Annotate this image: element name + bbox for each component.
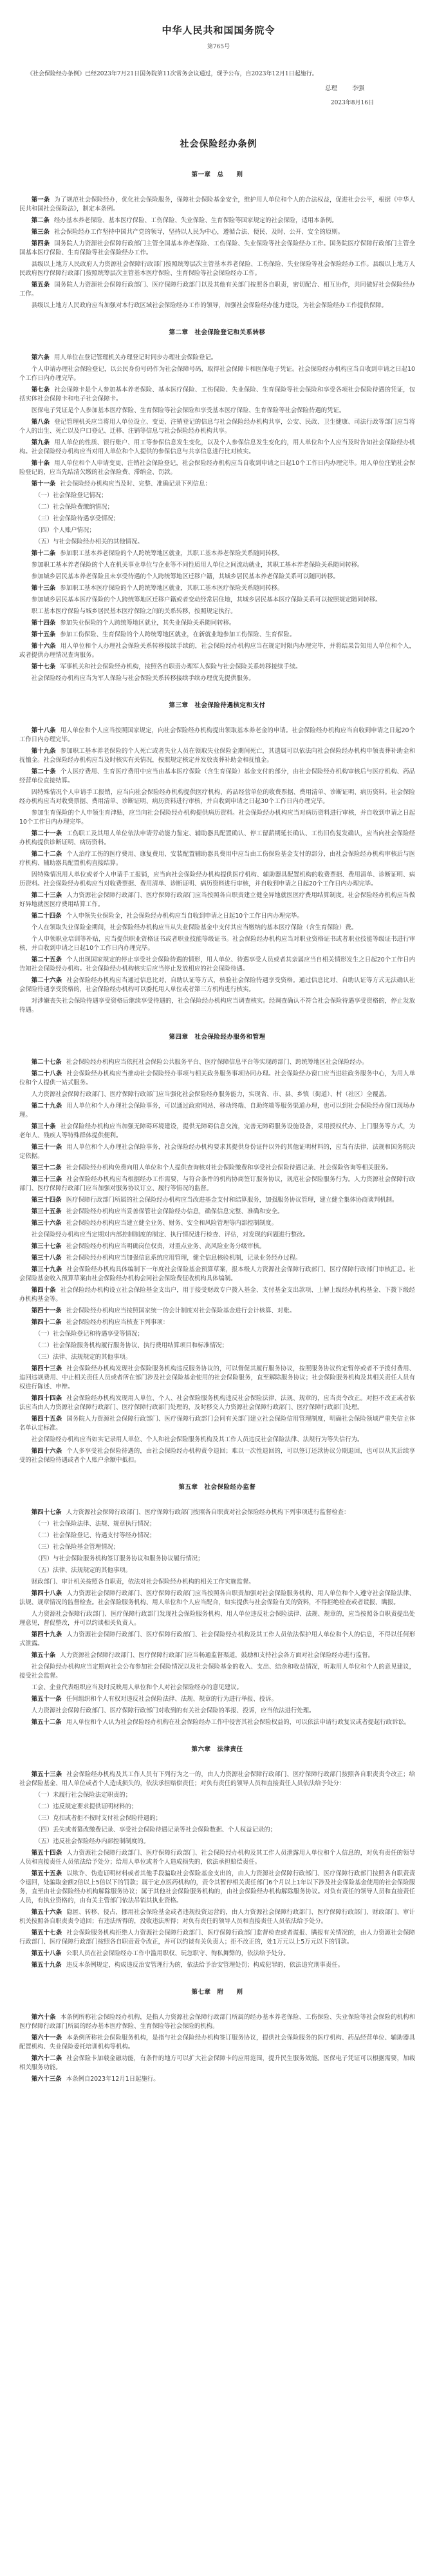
signer-role: 总理 (325, 85, 337, 92)
article-paragraph: 第四条国务院人力资源社会保障行政部门主管全国基本养老保险、工伤保险、失业保险等社… (19, 240, 415, 258)
signing-date: 2023年8月16日 (0, 98, 437, 106)
chapter-name: 附 则 (218, 1989, 243, 1996)
regulation-title: 社会保险经办条例 (0, 137, 437, 150)
article-label: 第二十六条 (32, 977, 62, 984)
article-text: 人力资源社会保障行政部门、医疗保障行政部门发现社会保险服务机构、用人单位违反社会… (19, 1611, 415, 1627)
article-text: 个人申领职业培训等补贴，应当提供职业资格证书或者职业技能等级证书。社会保险经办机… (19, 936, 415, 952)
article-label: 第二十五条 (32, 956, 62, 963)
chapter-number: 第四章 (169, 1034, 188, 1041)
chapter: 第二章社会保险登记和关系转移第六条用人单位在登记管理机关办理登记时同步办理社会保… (19, 327, 415, 683)
article-label: 第三十二条 (32, 1164, 62, 1171)
article-text: 参加生育保险的个人申领生育津贴，应当向社会保险经办机构提供病历资料。社会保险经办… (19, 810, 415, 826)
article-text: 社会保险经办机构应当为军人保险与社会保险关系转移接续手续办理优先提供服务。 (32, 675, 255, 682)
article-label: 第五十三条 (32, 1771, 62, 1778)
article-text: 社会保险经办机构具体编制下一年度社会保险基金预算草案，报本级人力资源社会保障行政… (19, 1266, 415, 1282)
paragraph: 县级以上地方人民政府应当加强对本行政区域社会保险经办工作的领导，加强社会保险经办… (19, 301, 415, 310)
article-paragraph: 第二十条个人医疗费用、生育医疗费用中应当由基本医疗保险（含生育保险）基金支付的部… (19, 768, 415, 786)
article-text: 人力资源社会保障行政部门、医疗保障行政部门应当按照各自职责加强对社会保险服务机构… (19, 1590, 415, 1606)
article-label: 第三十九条 (32, 1266, 62, 1273)
article-text: 社会保险经办机构应当及时、完整、准确记录下列信息： (60, 480, 210, 488)
article-paragraph: 第九条用人单位的性质、银行账户、用工等参保信息发生变化，以及个人参保信息发生变化… (19, 439, 415, 457)
article-text: 社会保险经办机构应当加强信息系统应用管理，健全信息核验机制，记录业务经办过程。 (66, 1255, 302, 1262)
article-label: 第二十八条 (32, 1070, 62, 1077)
article-text: 用人单位和个人应当按照国家规定，向社会保险经办机构提出领取基本养老金的申请。社会… (19, 727, 415, 743)
chapter-heading: 第六章法律责任 (19, 1744, 415, 1753)
article-text: 登记管理机关应当将用人单位设立、变更、注销登记的信息与社会保险经办机构共享，公安… (19, 419, 415, 435)
article-text: 本条例所称社会保险服务机构，是指与社会保险经办机构签订服务协议，提供社会保险服务… (19, 2034, 415, 2050)
paragraph: 职工基本医疗保险与城乡居民基本医疗保险之间的关系转移，按照规定执行。 (19, 607, 415, 616)
paragraph: 个人申请办理社会保险登记，以公民身份号码作为社会保障号码，取得社会保障卡和医保电… (19, 365, 415, 383)
article-paragraph: 第三十条社会保险经办机构应当加强无障碍环境建设，提供无障碍信息交流，完善无障碍服… (19, 1122, 415, 1141)
article-paragraph: 第四十四条社会保险经办机构发现用人单位、个人、社会保险服务机构违反社会保险法律、… (19, 1394, 415, 1412)
article-label: 第三十条 (32, 1123, 56, 1130)
article-text: 个人申请办理社会保险登记，以公民身份号码作为社会保障号码，取得社会保障卡和医保电… (19, 366, 415, 382)
article-text: 人力资源社会保障行政部门、医疗保障行政部门应当强化社会保险经办服务能力，实现省、… (32, 1091, 391, 1098)
chapter-number: 第二章 (169, 329, 188, 336)
article-text: 参加城乡居民基本医疗保险的个人跨统筹地区迁移户籍或者变动经常居住地，其城乡居民基… (32, 596, 382, 603)
paragraph: 参加生育保险的个人申领生育津贴，应当向社会保险经办机构提供病历资料。社会保险经办… (19, 809, 415, 827)
paragraph: 工会、企业代表组织应当及时反映用人单位和个人对社会保险经办的意见建议。 (19, 1683, 415, 1692)
article-paragraph: 第三十二条社会保险经办机构免费向用人单位和个人提供查询核对社会保险缴费和享受社会… (19, 1164, 415, 1173)
article-label: 第十一条 (32, 480, 56, 488)
article-text: 人力资源社会保障行政部门、医疗保障行政部门、社会保险经办机构及其工作人员泄露用人… (19, 1850, 415, 1866)
article-label: 第三十八条 (32, 1255, 62, 1262)
article-label: 第三条 (32, 229, 50, 236)
article-label: 第四十三条 (32, 1365, 62, 1372)
article-paragraph: 第三十一条用人单位和个人办理社会保险事务，社会保险经办机构要求其提供身份证件以外… (19, 1143, 415, 1161)
article-text: 个人治疗工伤的医疗费用、康复费用、安装配置辅助器具费用中应当由工伤保险基金支付的… (19, 851, 415, 867)
article-label: 第一条 (32, 196, 50, 204)
article-label: 第五十六条 (32, 1909, 62, 1916)
article-text: 工会、企业代表组织应当及时反映用人单位和个人对社会保险经办的意见建议。 (32, 1684, 243, 1691)
article-paragraph: 第六十条本条例所称社会保险经办机构，是指人力资源社会保障行政部门所属的经办基本养… (19, 2013, 415, 2031)
article-text: 社会保险经办工作坚持中国共产党的领导，坚持以人民为中心，遵循合法、便民、及时、公… (54, 229, 344, 236)
decree-title: 中华人民共和国国务院令 (0, 0, 437, 37)
article-paragraph: 第二十五条个人出现国家规定的停止享受社会保险待遇的情形，用人单位、待遇享受人员或… (19, 956, 415, 974)
article-label: 第四十九条 (32, 1631, 62, 1638)
article-paragraph: 第二条经办基本养老保险、基本医疗保险、工伤保险、失业保险、生育保险等国家规定的社… (19, 216, 415, 225)
signer: 总理 李强 (0, 83, 437, 92)
chapter-name: 法律责任 (218, 1746, 243, 1753)
article-label: 第七条 (32, 386, 50, 393)
article-paragraph: 第十三条参加职工基本医疗保险的个人跨统筹地区就业，其职工基本医疗保险关系随同转移… (19, 584, 415, 593)
article-paragraph: 第二十六条社会保险经办机构应当通过信息比对、自助认证等方式，核验社会保险待遇享受… (19, 976, 415, 994)
paragraph: 财政部门、审计机关按照各自职责，依法对社会保险经办机构的相关工作实施监督。 (19, 1578, 415, 1587)
paragraph: 人力资源社会保障行政部门、医疗保障行政部门对收到的有关社会保险的举报、投诉，应当… (19, 1707, 415, 1716)
paragraph: 参加职工基本养老保险的个人在机关事业单位与企业等不同性质用人单位之间流动就业，其… (19, 561, 415, 570)
article-text: 社会保障卡是个人参加基本养老保险、基本医疗保险、工伤保险、失业保险、生育保险等社… (19, 386, 415, 402)
chapter-number: 第六章 (191, 1746, 210, 1753)
article-text: 社会保险经办机构及其工作人员有下列行为之一的，由人力资源社会保障行政部门、医疗保… (19, 1771, 415, 1787)
article-text: 人力资源社会保障行政部门、医疗保障行政部门按照各自职责对社会保险经办机构下列事项… (66, 1509, 350, 1516)
article-text: 职工基本医疗保险与城乡居民基本医疗保险之间的关系转移，按照规定执行。 (32, 608, 237, 615)
article-label: 第六十一条 (32, 2034, 62, 2041)
article-text: 用人单位和个人办理社会保险事务，可以通过政府网站、移动终端、自助终端等服务渠道办… (19, 1103, 415, 1119)
chapter-name: 社会保险经办服务和管理 (195, 1034, 266, 1041)
article-text: 社会保险经办机构应当加强无障碍环境建设，提供无障碍信息交流，完善无障碍服务设施设… (19, 1123, 415, 1139)
article-text: 用人单位和个人办理社会保险关系转移接续手续的，社会保险经办机构应当在规定时限内办… (19, 643, 415, 659)
article-text: 参加职工基本养老保险的个人在机关事业单位与企业等不同性质用人单位之间流动就业，其… (32, 562, 364, 569)
article-text: 违反本条例规定，构成违反治安管理行为的，依法给予治安管理处罚；构成犯罪的，依法追… (66, 1962, 344, 1969)
article-paragraph: 第五十四条人力资源社会保障行政部门、医疗保障行政部门、社会保险经办机构及其工作人… (19, 1849, 415, 1867)
article-text: 社会保险经办机构应当核查下列事项： (66, 1319, 169, 1326)
article-label: 第五十一条 (32, 1696, 62, 1703)
article-text: 个人出现国家规定的停止享受社会保险待遇的情形，用人单位、待遇享受人员或者其亲属应… (19, 956, 415, 972)
chapter-heading: 第五章社会保险经办监督 (19, 1482, 415, 1491)
article-paragraph: 第六十一条本条例所称社会保险服务机构，是指与社会保险经办机构签订服务协议，提供社… (19, 2034, 415, 2052)
article-text: 个人申领失业保险金，社会保险经办机构应当自收到申请之日起10个工作日内办理完毕。 (66, 913, 303, 920)
article-text: 公职人员在社会保险经办工作中滥用职权、玩忽职守、徇私舞弊的，依法给予处分。 (66, 1950, 290, 1957)
chapter: 第七章附 则第六十条本条例所称社会保险经办机构，是指人力资源社会保障行政部门所属… (19, 1987, 415, 2084)
list-item: （四）与社会保险服务机构签订服务协议和服务协议履行情况； (19, 1555, 415, 1564)
article-text: 社会保险经办机构应当通过信息比对、自助认证等方式，核验社会保险待遇享受资格。通过… (19, 977, 415, 993)
article-label: 第五十四条 (32, 1850, 62, 1857)
article-text: 参加职工基本医疗保险的个人跨统筹地区就业，其职工基本医疗保险关系随同转移。 (60, 585, 283, 592)
article-label: 第五十二条 (32, 1719, 62, 1726)
article-text: 用人单位和个人认为社会保险经办机构在社会保险经办工作中侵害其社会保险权益的，可以… (66, 1719, 410, 1726)
list-item: （五）违反社会保险经办内部控制制度的。 (19, 1837, 415, 1846)
article-paragraph: 第五十六条隐匿、转移、侵占、挪用社会保险基金或者违规投资运营的，由人力资源社会保… (19, 1908, 415, 1926)
article-label: 第五条 (32, 281, 50, 289)
list-item: （三）社会保险基金管理情况； (19, 1543, 415, 1552)
article-text: 财政部门、审计机关按照各自职责，依法对社会保险经办机构的相关工作实施监督。 (32, 1578, 255, 1586)
article-paragraph: 第十二条参加职工基本养老保险的个人跨统筹地区就业，其职工基本养老保险关系随同转移… (19, 549, 415, 558)
list-item: （四）丢失或者篡改缴费记录、享受社会保险待遇记录等社会保险数据、个人权益记录的； (19, 1826, 415, 1835)
list-item: （一）社会保险登记情况； (19, 491, 415, 500)
list-item: （四）个人账户情况； (19, 526, 415, 535)
article-paragraph: 第十六条用人单位和个人办理社会保险关系转移接续手续的，社会保险经办机构应当在规定… (19, 642, 415, 660)
list-item: （二）违反规定要求提供证明材料的； (19, 1803, 415, 1812)
chapter-heading: 第七章附 则 (19, 1987, 415, 1996)
decree-header: 中华人民共和国国务院令 第765号 (0, 0, 437, 50)
article-paragraph: 第六十三条本条例自2023年12月1日起施行。 (19, 2075, 415, 2084)
article-label: 第十八条 (32, 727, 56, 734)
article-paragraph: 第三条社会保险经办工作坚持中国共产党的领导，坚持以人民为中心，遵循合法、便民、及… (19, 228, 415, 237)
article-text: 县级以上地方人民政府应当加强对本行政区域社会保险经办工作的领导，加强社会保险经办… (32, 302, 387, 309)
article-label: 第四十六条 (32, 1448, 62, 1455)
article-paragraph: 第四十六条个人多享受社会保险待遇的，由社会保险经办机构责令退回；难以一次性退回的… (19, 1447, 415, 1465)
article-label: 第十五条 (32, 631, 56, 638)
article-label: 第十六条 (32, 643, 56, 650)
paragraph: 社会保险经办机构应当为军人保险与社会保险关系转移接续手续办理优先提供服务。 (19, 674, 415, 683)
article-text: 用人单位和个人办理社会保险事务，社会保险经办机构要求其提供身份证件以外的其他证明… (19, 1144, 415, 1160)
signer-name: 李强 (352, 85, 364, 92)
article-label: 第三十四条 (32, 1197, 62, 1204)
paragraph: 人力资源社会保障行政部门、医疗保障行政部门应当强化社会保险经办服务能力，实现省、… (19, 1090, 415, 1099)
article-text: 人力资源社会保障行政部门、医疗保障行政部门应当畅通监督渠道，鼓励和支持社会各方面… (60, 1652, 374, 1659)
article-paragraph: 第十五条参加工伤保险、生育保险的个人跨统筹地区就业，在新就业地参加工伤保险、生育… (19, 630, 415, 639)
list-item: （三）法律、法规规定的其他事项。 (19, 1353, 415, 1362)
article-text: 社会保险经办机构应当建立健全业务、财务、安全和风险管理等内部控制制度。 (66, 1220, 277, 1227)
article-text: 用人单位和个人申请变更、注销社会保险登记，社会保险经办机构应当自收到申请之日起1… (19, 460, 415, 476)
article-text: 社会保险经办机构发现社会保险服务机构违反服务协议的，可以督促其履行服务协议，按照… (19, 1365, 415, 1390)
article-text: 社会保险经办机构应当根据经办工作需要，与符合条件的机构协商签订服务协议，规范社会… (19, 1176, 415, 1192)
article-paragraph: 第八条登记管理机关应当将用人单位设立、变更、注销登记的信息与社会保险经办机构共享… (19, 418, 415, 436)
article-text: 隐匿、转移、侵占、挪用社会保险基金或者违规投资运营的，由人力资源社会保障行政部门… (19, 1909, 415, 1925)
article-paragraph: 第二十八条社会保险经办机构应当推动社会保险经办事项与相关政务服务事项协同办理。社… (19, 1070, 415, 1088)
article-text: 医保电子凭证是个人参加基本医疗保险、生育保险等社会保险和享受基本医疗保险、生育保… (32, 407, 346, 414)
paragraph: 人力资源社会保障行政部门、医疗保障行政部门发现社会保险服务机构、用人单位违反社会… (19, 1610, 415, 1628)
article-label: 第十三条 (32, 585, 56, 592)
article-label: 第十九条 (32, 748, 56, 755)
list-item: （三）社会保险待遇享受情况； (19, 515, 415, 524)
article-text: 因特殊情况个人申请手工报销，应当向社会保险经办机构提供医疗机构、药品经营单位的收… (19, 789, 415, 805)
article-paragraph: 第七条社会保障卡是个人参加基本养老保险、基本医疗保险、工伤保险、失业保险、生育保… (19, 386, 415, 404)
article-text: 经办基本养老保险、基本医疗保险、工伤保险、失业保险、生育保险等国家规定的社会保险… (54, 217, 338, 224)
list-item: （二）社会保险登记、待遇支付等经办情况； (19, 1531, 415, 1540)
article-text: 用人单位在登记管理机关办理登记时同步办理社会保险登记。 (54, 354, 217, 361)
article-text: 军事机关和社会保险经办机构，按照各自职责办理军人保险与社会保险关系转移接续手续。 (60, 663, 301, 670)
article-text: 人力资源社会保障行政部门、医疗保障行政部门应当按照各自职责建立健全异地就医医疗费… (19, 892, 415, 908)
article-paragraph: 第五十二条用人单位和个人认为社会保险经办机构在社会保险经办工作中侵害其社会保险权… (19, 1718, 415, 1727)
article-text: 社会保险经办机构发现用人单位、个人、社会保险服务机构违反社会保险法律、法规、规章… (19, 1395, 415, 1411)
chapter-heading: 第一章总 则 (19, 169, 415, 178)
article-label: 第十条 (32, 460, 50, 467)
decree-number: 第765号 (0, 42, 437, 50)
article-text: 社会保险经办机构设立社会保险基金支出户，用于接受财政专户拨入基金、支付基金支出款… (19, 1287, 415, 1303)
article-paragraph: 第三十四条医疗保障行政部门所属的社会保险经办机构应当改进基金支付和结算服务，加强… (19, 1196, 415, 1205)
article-paragraph: 第三十三条社会保险经办机构应当根据经办工作需要，与符合条件的机构协商签订服务协议… (19, 1175, 415, 1193)
chapter: 第六章法律责任第五十三条社会保险经办机构及其工作人员有下列行为之一的，由人力资源… (19, 1744, 415, 1970)
list-item: （二）社会保险费缴纳情况； (19, 503, 415, 512)
article-paragraph: 第三十六条社会保险经办机构应当建立健全业务、财务、安全和风险管理等内部控制制度。 (19, 1219, 415, 1228)
chapter-name: 社会保险待遇核定和支付 (195, 702, 266, 709)
list-item: （一）社会保险法律、法规、规章执行情况； (19, 1520, 415, 1529)
chapter-heading: 第二章社会保险登记和关系转移 (19, 327, 415, 336)
article-label: 第三十五条 (32, 1208, 62, 1215)
chapter-number: 第三章 (169, 702, 188, 709)
article-paragraph: 第二十九条用人单位和个人办理社会保险事务，可以通过政府网站、移动终端、自助终端等… (19, 1102, 415, 1120)
article-text: 个人医疗费用、生育医疗费用中应当由基本医疗保险（含生育保险）基金支付的部分，由社… (19, 768, 415, 784)
chapter-name: 总 则 (218, 171, 243, 178)
article-paragraph: 第三十九条社会保险经办机构具体编制下一年度社会保险基金预算草案，报本级人力资源社… (19, 1265, 415, 1283)
chapter: 第一章总 则第一条为了规范社会保险经办，优化社会保险服务，保障社会保险基金安全，… (19, 169, 415, 310)
article-text: 个人多享受社会保险待遇的，由社会保险经办机构责令退回；难以一次性退回的，可以签订… (19, 1448, 415, 1464)
article-text: 社会保险经办机构应当定期向社会公布参加社会保险情况以及社会保险基金的收入、支出、… (19, 1663, 415, 1680)
article-paragraph: 第十九条参加职工基本养老保险的个人死亡或者失业人员在领取失业保险金期间死亡，其遗… (19, 747, 415, 765)
chapter-name: 社会保险经办监督 (205, 1484, 256, 1491)
article-label: 第六条 (32, 354, 50, 361)
list-item: （一）未履行社会保险法定职责的； (19, 1791, 415, 1800)
article-label: 第二十一条 (32, 830, 62, 837)
paragraph: 社会保险经办机构应当定期向社会公布参加社会保险情况以及社会保险基金的收入、支出、… (19, 1663, 415, 1681)
article-label: 第三十一条 (32, 1144, 62, 1151)
article-text: 参加职工基本养老保险的个人跨统筹地区就业，其职工基本养老保险关系随同转移。 (60, 550, 283, 557)
article-label: 第三十七条 (32, 1243, 62, 1250)
article-text: 国务院人力资源社会保障行政部门、医疗保障行政部门以及其他有关部门按照各自职责，密… (19, 281, 415, 298)
article-label: 第二条 (32, 217, 50, 224)
article-text: 社会保险经办机构应当按照国家统一的会计制度对社会保险基金进行会计核算、对账。 (66, 1307, 295, 1314)
document-page: 中华人民共和国国务院令 第765号 《社会保险经办条例》已经2023年7月21日… (0, 0, 437, 2084)
article-label: 第二十九条 (32, 1103, 62, 1110)
article-text: 参加失业保险的个人跨统筹地区就业，其失业保险关系随同转移。 (60, 620, 235, 627)
article-label: 第三十六条 (32, 1220, 62, 1227)
article-paragraph: 第四十八条人力资源社会保障行政部门、医疗保障行政部门应当按照各自职责加强对社会保… (19, 1589, 415, 1607)
article-text: 县级以上地方人民政府人力资源社会保障行政部门按照统筹层次主管基本养老保险、工伤保… (19, 261, 415, 277)
list-item: （一）社会保险登记和待遇享受等情况； (19, 1330, 415, 1339)
article-paragraph: 第五条国务院人力资源社会保障行政部门、医疗保障行政部门以及其他有关部门按照各自职… (19, 281, 415, 299)
article-paragraph: 第五十三条社会保险经办机构及其工作人员有下列行为之一的，由人力资源社会保障行政部… (19, 1770, 415, 1788)
article-text: 工伤职工及其用人单位依法申请劳动能力鉴定、辅助器具配置确认、停工留薪期延长确认、… (19, 830, 415, 846)
paragraph: 社会保险经办机构应当如实记录用人单位、个人和社会保险服务机构及其工作人员违反社会… (19, 1435, 415, 1444)
article-paragraph: 第六条用人单位在登记管理机关办理登记时同步办理社会保险登记。 (19, 354, 415, 363)
article-label: 第二十七条 (32, 1059, 62, 1066)
article-paragraph: 第三十五条社会保险经办机构应当妥善保管社会保险经办信息，确保信息完整、准确和安全… (19, 1207, 415, 1217)
article-paragraph: 第三十八条社会保险经办机构应当加强信息系统应用管理，健全信息核验机制，记录业务经… (19, 1254, 415, 1263)
chapter-heading: 第三章社会保险待遇核定和支付 (19, 700, 415, 709)
article-paragraph: 第一条为了规范社会保险经办，优化社会保险服务，保障社会保险基金安全，维护用人单位… (19, 196, 415, 214)
article-text: 本条例所称社会保险经办机构，是指人力资源社会保障行政部门所属的经办基本养老保险、… (19, 2014, 415, 2030)
article-label: 第二十条 (32, 768, 56, 775)
article-text: 社会保险经办机构应当明确岗位权责，对重点业务、高风险业务分级审核。 (66, 1243, 265, 1250)
article-text: 本条例自2023年12月1日起施行。 (66, 2076, 160, 2083)
article-label: 第六十三条 (32, 2076, 62, 2083)
article-text: 国务院人力资源社会保障行政部门主管全国基本养老保险、工伤保险、失业保险等社会保险… (19, 240, 415, 256)
article-label: 第十二条 (32, 550, 56, 557)
regulation-body: 第一章总 则第一条为了规范社会保险经办，优化社会保险服务，保障社会保险基金安全，… (0, 169, 437, 2084)
promulgation-text: 《社会保险经办条例》已经2023年7月21日国务院第11次常务会议通过，现予公布… (27, 69, 437, 77)
article-label: 第五十五条 (32, 1870, 62, 1877)
article-paragraph: 第四十二条社会保险经办机构应当核查下列事项： (19, 1318, 415, 1327)
article-paragraph: 第十四条参加失业保险的个人跨统筹地区就业，其失业保险关系随同转移。 (19, 619, 415, 628)
chapter: 第四章社会保险经办服务和管理第二十七条社会保险经办机构应当依托社会保险公共服务平… (19, 1032, 415, 1465)
paragraph: 县级以上地方人民政府人力资源社会保障行政部门按照统筹层次主管基本养老保险、工伤保… (19, 260, 415, 278)
article-text: 参加工伤保险、生育保险的个人跨统筹地区就业，在新就业地参加工伤保险、生育保险。 (60, 631, 295, 638)
article-text: 对涉嫌丧失社会保险待遇享受资格后继续享受待遇的，社会保险经办机构应当调查核实。经… (19, 998, 415, 1014)
article-label: 第六十二条 (32, 2055, 62, 2062)
article-label: 第四十一条 (32, 1307, 62, 1314)
chapter-name: 社会保险登记和关系转移 (195, 329, 266, 336)
article-text: 社会保险经办机构应当定期对内部控制制度的制定、执行情况进行检查、评估，对发现的问… (32, 1231, 309, 1238)
paragraph: 参加城乡居民基本医疗保险的个人跨统筹地区迁移户籍或者变动经常居住地，其城乡居民基… (19, 596, 415, 605)
chapter-number: 第一章 (191, 171, 210, 178)
paragraph: 社会保险经办机构应当定期对内部控制制度的制定、执行情况进行检查、评估，对发现的问… (19, 1231, 415, 1240)
article-paragraph: 第十一条社会保险经办机构应当及时、完整、准确记录下列信息： (19, 480, 415, 489)
article-label: 第三十三条 (32, 1176, 62, 1183)
article-paragraph: 第二十一条工伤职工及其用人单位依法申请劳动能力鉴定、辅助器具配置确认、停工留薪期… (19, 829, 415, 848)
article-paragraph: 第五十条人力资源社会保障行政部门、医疗保障行政部门应当畅通监督渠道，鼓励和支持社… (19, 1651, 415, 1660)
article-text: 因特殊情况用人单位或者个人申请手工报销，应当向社会保险经办机构提供医疗机构、辅助… (19, 871, 415, 887)
article-text: 社会保险经办机构应当依托社会保险公共服务平台、医疗保障信息平台等实现跨部门、跨统… (66, 1059, 368, 1066)
article-text: 医疗保障行政部门所属的社会保险经办机构应当改进基金支付和结算服务，加强服务协议管… (66, 1197, 398, 1204)
article-text: 人力资源社会保障行政部门、医疗保障行政部门对收到的有关社会保险的举报、投诉，应当… (32, 1707, 315, 1714)
article-label: 第四十二条 (32, 1319, 62, 1326)
article-paragraph: 第四十一条社会保险经办机构应当按照国家统一的会计制度对社会保险基金进行会计核算、… (19, 1307, 415, 1316)
article-paragraph: 第五十一条任何组织和个人有权对违反社会保险法律、法规、规章的行为进行举报、投诉。 (19, 1695, 415, 1704)
paragraph: 个人在领取失业保险金期间，社会保险经办机构应当从失业保险基金中支付其应当缴纳的基… (19, 923, 415, 933)
article-label: 第四十七条 (32, 1509, 62, 1516)
article-paragraph: 第五十九条违反本条例规定，构成违反治安管理行为的，依法给予治安管理处罚；构成犯罪… (19, 1961, 415, 1970)
article-text: 社会保险卡加载金融功能，有条件的地方可以扩大社会保障卡的应用范围，提升民生服务效… (19, 2055, 415, 2071)
article-paragraph: 第二十四条个人申领失业保险金，社会保险经办机构应当自收到申请之日起10个工作日内… (19, 912, 415, 921)
chapter: 第三章社会保险待遇核定和支付第十八条用人单位和个人应当按照国家规定，向社会保险经… (19, 700, 415, 1015)
article-label: 第五十八条 (32, 1950, 62, 1957)
paragraph: 个人申领职业培训等补贴，应当提供职业资格证书或者职业技能等级证书。社会保险经办机… (19, 935, 415, 953)
article-paragraph: 第十七条军事机关和社会保险经办机构，按照各自职责办理军人保险与社会保险关系转移接… (19, 663, 415, 672)
article-paragraph: 第四十九条人力资源社会保障行政部门、医疗保障行政部门、社会保险经办机构及其工作人… (19, 1631, 415, 1649)
article-label: 第十四条 (32, 620, 56, 627)
article-label: 第四条 (32, 240, 50, 247)
article-label: 第二十三条 (32, 892, 62, 899)
article-paragraph: 第三十七条社会保险经办机构应当明确岗位权责，对重点业务、高风险业务分级审核。 (19, 1242, 415, 1251)
article-label: 第四十八条 (32, 1590, 62, 1597)
article-text: 社会保险服务机构拒绝人力资源社会保障行政部门、医疗保障行政部门监督检查或者谎报、… (19, 1929, 415, 1946)
article-label: 第二十二条 (32, 851, 62, 858)
article-text: 用人单位的性质、银行账户、用工等参保信息发生变化，以及个人参保信息发生变化的，用… (19, 439, 415, 455)
paragraph: 对涉嫌丧失社会保险待遇享受资格后继续享受待遇的，社会保险经办机构应当调查核实。经… (19, 997, 415, 1015)
article-text: 社会保险经办机构应当推动社会保险经办事项与相关政务服务事项协同办理。社会保险经办… (19, 1070, 415, 1086)
article-label: 第四十五条 (32, 1416, 62, 1423)
article-label: 第五十七条 (32, 1929, 62, 1937)
paragraph: 因特殊情况用人单位或者个人申请手工报销，应当向社会保险经办机构提供医疗机构、辅助… (19, 871, 415, 889)
article-label: 第五十条 (32, 1652, 56, 1659)
article-label: 第八条 (32, 419, 50, 426)
article-paragraph: 第五十七条社会保险服务机构拒绝人力资源社会保障行政部门、医疗保障行政部门监督检查… (19, 1929, 415, 1947)
article-paragraph: 第五十八条公职人员在社会保险经办工作中滥用职权、玩忽职守、徇私舞弊的，依法给予处… (19, 1949, 415, 1958)
article-paragraph: 第六十二条社会保险卡加载金融功能，有条件的地方可以扩大社会保障卡的应用范围，提升… (19, 2054, 415, 2072)
article-paragraph: 第五十五条以欺诈、伪造证明材料或者其他手段骗取社会保险基金支出的，由人力资源社会… (19, 1870, 415, 1906)
article-text: 参加职工基本养老保险的个人死亡或者失业人员在领取失业保险金期间死亡，其遗属可以依… (19, 748, 415, 764)
article-paragraph: 第十条用人单位和个人申请变更、注销社会保险登记，社会保险经办机构应当自收到申请之… (19, 459, 415, 477)
article-paragraph: 第二十七条社会保险经办机构应当依托社会保险公共服务平台、医疗保障信息平台等实现跨… (19, 1058, 415, 1067)
list-item: （三）克扣或者拒不按时支付社会保险待遇的； (19, 1814, 415, 1823)
list-item: （五）法律、法规规定的其他事项。 (19, 1566, 415, 1575)
article-paragraph: 第四十条社会保险经办机构设立社会保险基金支出户，用于接受财政专户拨入基金、支付基… (19, 1286, 415, 1304)
list-item: （二）社会保险服务机构履行服务协议、执行费用结算项目和标准情况； (19, 1341, 415, 1350)
paragraph: 医保电子凭证是个人参加基本医疗保险、生育保险等社会保险和享受基本医疗保险、生育保… (19, 406, 415, 415)
list-item: （五）与社会保险经办相关的其他情况。 (19, 538, 415, 547)
paragraph: 参加城乡居民基本养老保险且未享受待遇的个人跨统筹地区迁移户籍，其城乡居民基本养老… (19, 573, 415, 582)
paragraph: 因特殊情况个人申请手工报销，应当向社会保险经办机构提供医疗机构、药品经营单位的收… (19, 788, 415, 806)
chapter-heading: 第四章社会保险经办服务和管理 (19, 1032, 415, 1041)
article-label: 第二十四条 (32, 913, 62, 920)
chapter: 第五章社会保险经办监督第四十七条人力资源社会保障行政部门、医疗保障行政部门按照各… (19, 1482, 415, 1727)
article-text: 为了规范社会保险经办，优化社会保险服务，保障社会保险基金安全，维护用人单位和个人… (19, 196, 415, 213)
article-paragraph: 第四十三条社会保险经办机构发现社会保险服务机构违反服务协议的，可以督促其履行服务… (19, 1365, 415, 1392)
article-text: 社会保险经办机构应当妥善保管社会保险经办信息，确保信息完整、准确和安全。 (66, 1208, 284, 1215)
article-text: 社会保险经办机构应当如实记录用人单位、个人和社会保险服务机构及其工作人员违反社会… (32, 1436, 364, 1443)
article-label: 第四十四条 (32, 1395, 62, 1402)
article-text: 参加城乡居民基本养老保险且未享受待遇的个人跨统筹地区迁移户籍，其城乡居民基本养老… (32, 573, 339, 580)
article-paragraph: 第十八条用人单位和个人应当按照国家规定，向社会保险经办机构提出领取基本养老金的申… (19, 726, 415, 744)
article-paragraph: 第四十七条人力资源社会保障行政部门、医疗保障行政部门按照各自职责对社会保险经办机… (19, 1508, 415, 1517)
article-paragraph: 第四十五条国务院人力资源社会保障行政部门、医疗保障行政部门会同有关部门建立社会保… (19, 1415, 415, 1433)
article-text: 以欺诈、伪造证明材料或者其他手段骗取社会保险基金支出的，由人力资源社会保障行政部… (19, 1870, 415, 1904)
chapter-number: 第七章 (191, 1989, 210, 1996)
article-paragraph: 第二十三条人力资源社会保障行政部门、医疗保障行政部门应当按照各自职责建立健全异地… (19, 891, 415, 909)
article-paragraph: 第二十二条个人治疗工伤的医疗费用、康复费用、安装配置辅助器具费用中应当由工伤保险… (19, 850, 415, 868)
article-label: 第九条 (32, 439, 50, 446)
article-text: 人力资源社会保障行政部门、医疗保障行政部门、社会保险经办机构及其工作人员依法保护… (19, 1631, 415, 1647)
article-text: 社会保险经办机构免费向用人单位和个人提供查询核对社会保险缴费和享受社会保险待遇记… (66, 1164, 392, 1171)
article-label: 第十七条 (32, 663, 56, 670)
article-text: 个人在领取失业保险金期间，社会保险经办机构应当从失业保险基金中支付其应当缴纳的基… (32, 924, 357, 931)
article-text: 国务院人力资源社会保障行政部门、医疗保障行政部门会同有关部门建立社会保险信用管理… (19, 1416, 415, 1432)
article-label: 第六十条 (32, 2014, 56, 2021)
article-label: 第四十条 (32, 1287, 56, 1294)
article-label: 第五十九条 (32, 1962, 62, 1969)
article-text: 任何组织和个人有权对违反社会保险法律、法规、规章的行为进行举报、投诉。 (66, 1696, 277, 1703)
chapter-number: 第五章 (178, 1484, 198, 1491)
